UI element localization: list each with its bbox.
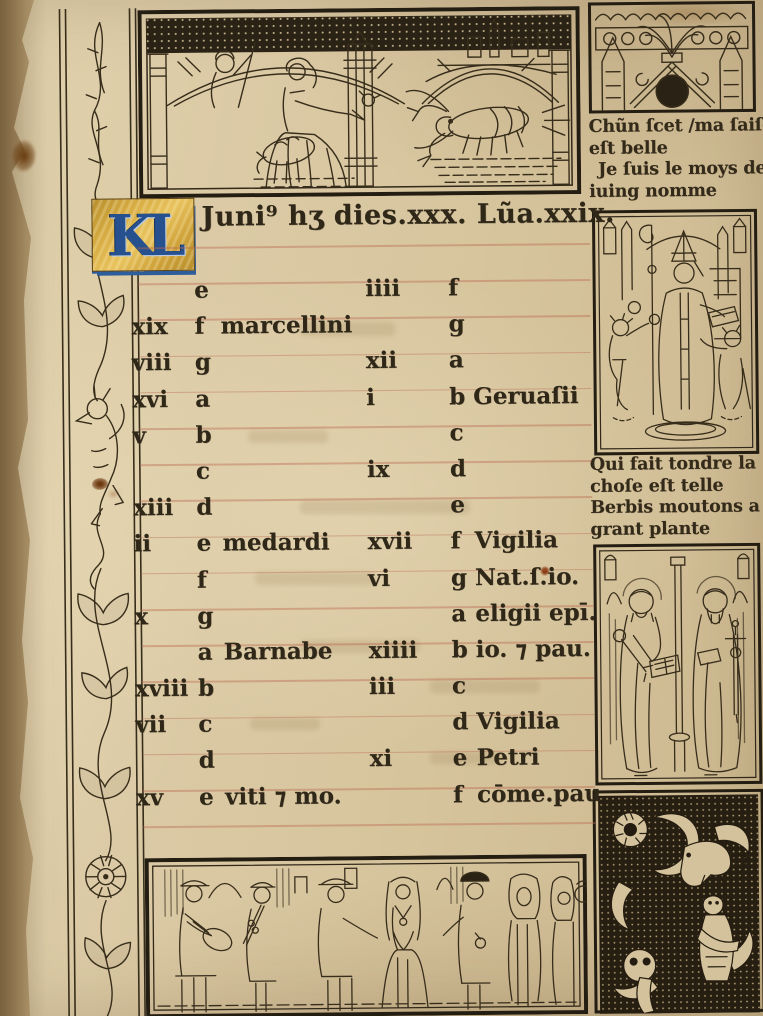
- bottom-woodcut-procession: [145, 854, 589, 1016]
- calendar-row: xixfmarcellinig: [131, 306, 593, 347]
- calendar-cell: ix: [367, 456, 390, 483]
- calendar-cell: xiii: [133, 494, 173, 521]
- calendar-cell: xiiii: [369, 637, 418, 664]
- right-grotesque-woodcut: [592, 788, 763, 1014]
- calendar-cell: vii: [135, 711, 166, 738]
- calendar-cell: b: [452, 636, 468, 663]
- calendar-cell: a: [198, 638, 213, 665]
- calendar-row: xgaeligii epī.: [134, 596, 596, 637]
- calendar-cell: marcellini: [220, 311, 352, 339]
- calendar-cell: b: [195, 421, 211, 448]
- calendar-cell: Petri: [477, 744, 540, 772]
- calendar-rows: eiiiifxixfmarcellinigviiigxiiaxviaibGeru…: [131, 270, 598, 817]
- calendar-cell: d: [452, 708, 468, 735]
- calendar-cell: viti ⁊ mo.: [225, 782, 342, 810]
- calendar-cell: iii: [369, 673, 395, 700]
- calendar-cell: g: [448, 310, 464, 337]
- calendar-cell: Vigilia: [474, 527, 558, 555]
- calendar-cell: e: [453, 745, 468, 772]
- calendar-row: aBarnabexiiiibio. ⁊ pau.: [134, 632, 596, 673]
- calendar-cell: e: [450, 491, 465, 518]
- verse-line: Berbis moutons a: [590, 496, 763, 519]
- june-verse-top: Chũn ſcet /ma ſaiſōeſt belleJe ſuis le m…: [589, 115, 763, 203]
- calendar-row: eiiiif: [131, 270, 593, 311]
- calendar-row: dxiePetri: [136, 740, 598, 781]
- verse-line: iuing nomme: [589, 180, 763, 203]
- calendar-row: xiiide: [133, 487, 595, 528]
- calendar-cell: g: [195, 349, 211, 376]
- calendar-cell: ii: [133, 531, 151, 558]
- verse-line: eſt belle: [589, 137, 763, 160]
- verse-line: grant plante: [590, 518, 763, 541]
- calendar-cell: xix: [131, 313, 167, 340]
- calendar-cell: c: [196, 458, 210, 485]
- calendar-row: iiemedardixviifVigilia: [133, 523, 595, 564]
- calendar-cell: xviii: [135, 675, 189, 703]
- calendar-cell: f: [450, 528, 460, 555]
- calendar-row: viicdVigilia: [135, 704, 597, 745]
- calendar-cell: x: [134, 603, 148, 630]
- calendar-cell: Vigilia: [476, 708, 560, 736]
- calendar-cell: io. ⁊ pau.: [476, 635, 591, 663]
- ruled-line: [138, 243, 590, 249]
- calendar-row: viiigxiia: [132, 342, 594, 383]
- calendar-cell: e: [199, 783, 214, 810]
- right-bishop-woodcut: [591, 208, 759, 456]
- calendar-cell: medardi: [222, 529, 329, 557]
- calendar-cell: xii: [366, 347, 397, 374]
- ruled-line: [143, 822, 595, 828]
- calendar-cell: g: [197, 602, 213, 629]
- calendar-cell: xvi: [132, 386, 168, 413]
- calendar-cell: d: [199, 747, 215, 774]
- calendar-cell: e: [196, 530, 211, 557]
- verse-line: Chũn ſcet /ma ſaiſō: [589, 115, 763, 138]
- calendar-cell: a: [449, 347, 464, 374]
- calendar-cell: Nat.ſ.io.: [475, 563, 579, 591]
- calendar-cell: i: [366, 384, 375, 411]
- right-apostles-woodcut: [593, 542, 763, 786]
- calendar-cell: eligii epī.: [475, 599, 596, 627]
- calendar-cell: f: [194, 313, 204, 340]
- calendar-cell: a: [451, 600, 466, 627]
- calendar-cell: Barnabe: [224, 637, 333, 665]
- calendar-cell: d: [450, 455, 466, 482]
- calendar-row: xviaibGeruaſii: [132, 379, 594, 420]
- calendar-cell: f: [448, 274, 458, 301]
- calendar-cell: a: [195, 385, 210, 412]
- calendar-cell: cōme.pau: [477, 780, 601, 808]
- calendar-cell: b: [449, 383, 465, 410]
- printed-block: Chũn ſcet /ma ſaiſōeſt belleJe ſuis le m…: [0, 0, 763, 1016]
- calendar-cell: xv: [136, 784, 163, 811]
- calendar-cell: iiii: [365, 275, 400, 302]
- calendar-cell: xvii: [367, 528, 412, 555]
- scanned-page: Chũn ſcet /ma ſaiſōeſt belleJe ſuis le m…: [0, 0, 763, 1016]
- calendar-cell: c: [198, 711, 212, 738]
- calendar-row: xveviti ⁊ mo.fcōme.pau: [136, 777, 598, 818]
- calendar-cell: c: [449, 419, 463, 446]
- calendar-cell: xi: [370, 745, 393, 772]
- calendar-cell: d: [196, 494, 212, 521]
- calendar-cell: c: [452, 672, 466, 699]
- june-verse-mid: Qui fait tondre lachoſe eſt telleBerbis …: [590, 453, 763, 541]
- verse-line: Je ſuis le moys de: [589, 158, 763, 181]
- calendar-cell: vi: [368, 564, 390, 591]
- calendar-row: vbc: [132, 415, 594, 456]
- calendar-cell: Geruaſii: [473, 382, 579, 410]
- calendar-cell: e: [194, 277, 209, 304]
- calendar-row: fvigNat.ſ.io.: [134, 559, 596, 600]
- calendar-row: xviiibiiic: [135, 668, 597, 709]
- verse-line: choſe eſt telle: [590, 475, 763, 498]
- calendar-cell: f: [453, 781, 463, 808]
- calendar-cell: v: [132, 422, 146, 449]
- calendar-cell: g: [451, 564, 467, 591]
- calendar-row: cixd: [133, 451, 595, 492]
- verse-line: Qui fait tondre la: [590, 453, 763, 476]
- calendar-cell: f: [197, 566, 207, 593]
- right-canopy-woodcut: [587, 0, 756, 114]
- calendar-cell: viii: [132, 349, 172, 376]
- calendar-cell: b: [198, 675, 214, 702]
